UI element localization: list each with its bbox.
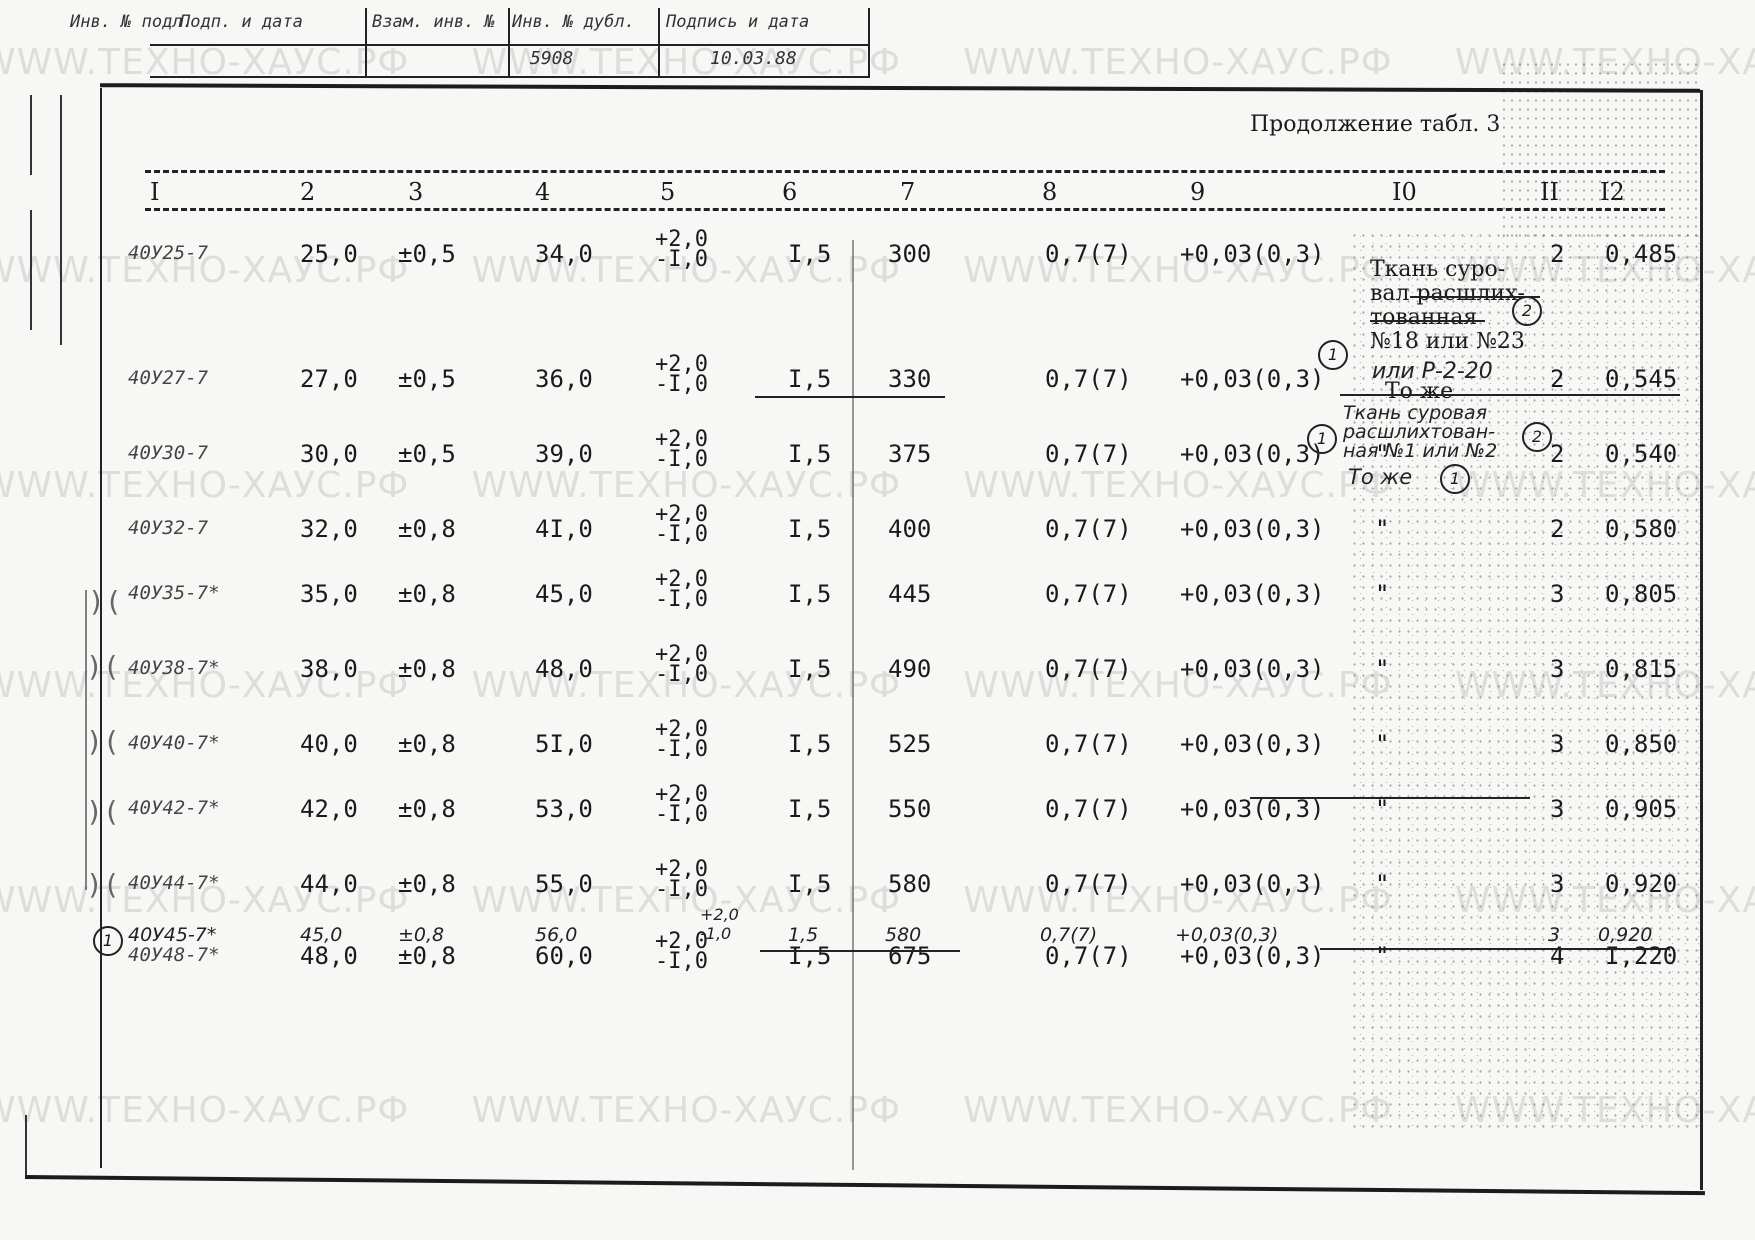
cell-c11: 3 xyxy=(1550,795,1564,823)
margin-bracket: )( xyxy=(86,795,120,828)
insert-cell-c9: +0,03(0,3) xyxy=(1175,926,1278,945)
cell-c4: 48,0 xyxy=(535,655,593,683)
cell-c7: 675 xyxy=(888,942,931,970)
cell-c12: 0,540 xyxy=(1605,440,1677,468)
strikethrough xyxy=(1340,394,1680,396)
cell-c2: 30,0 xyxy=(300,440,358,468)
stamp-divider xyxy=(150,44,870,46)
cell-c11: 4 xyxy=(1550,942,1564,970)
cell-c2: 42,0 xyxy=(300,795,358,823)
column-number: 6 xyxy=(782,178,797,206)
strikethrough xyxy=(1320,948,1670,950)
cell-c10: " xyxy=(1375,730,1389,758)
cell-c2: 44,0 xyxy=(300,870,358,898)
scan-noise xyxy=(1500,60,1700,240)
cell-c6: I,5 xyxy=(788,365,831,393)
cell-c7: 445 xyxy=(888,580,931,608)
cell-c3: ±0,5 xyxy=(398,365,456,393)
margin-bracket: )( xyxy=(86,725,120,758)
column-number: 7 xyxy=(900,178,915,206)
revision-circle-icon: 1 xyxy=(1440,464,1470,494)
cell-c7: 375 xyxy=(888,440,931,468)
frame-top-border xyxy=(100,83,1700,93)
margin-line xyxy=(60,95,62,345)
insert-cell-c7: 580 xyxy=(885,926,921,945)
handwritten-correction: Ткань суровая расшлихтован- ная №1 или №… xyxy=(1343,404,1497,461)
insert-cell-c4: 56,0 xyxy=(535,926,577,945)
tolerance-minus: -I,0 xyxy=(655,450,708,470)
cell-c8: 0,7(7) xyxy=(1045,795,1132,823)
cell-c12: 0,485 xyxy=(1605,240,1677,268)
cell-c7: 525 xyxy=(888,730,931,758)
cell-c6: I,5 xyxy=(788,870,831,898)
cell-c6: I,5 xyxy=(788,655,831,683)
revision-circle-icon: 1 xyxy=(1318,340,1348,370)
cell-c6: I,5 xyxy=(788,580,831,608)
tolerance-minus: -I,0 xyxy=(655,880,708,900)
margin-line xyxy=(30,95,32,175)
frame-bottom-border xyxy=(25,1175,1705,1195)
cell-c7: 400 xyxy=(888,515,931,543)
stamp-header: Подп. и дата xyxy=(180,12,303,32)
note-line: тованная xyxy=(1370,306,1525,330)
cell-c7: 490 xyxy=(888,655,931,683)
column-number: 5 xyxy=(660,178,675,206)
cell-c12: 0,850 xyxy=(1605,730,1677,758)
strikethrough xyxy=(1370,320,1485,322)
cell-c1: 40У42-7* xyxy=(128,797,220,819)
watermark-text: WWW.ТЕХНО-ХАУС.РФ xyxy=(963,880,1392,921)
revision-circle-icon: 1 xyxy=(1307,424,1337,454)
column-number: I0 xyxy=(1392,178,1417,206)
cell-c6: I,5 xyxy=(788,942,831,970)
insert-cell-c5: +2,0-1,0 xyxy=(700,905,739,943)
insert-cell-c11: 3 xyxy=(1548,926,1560,945)
cell-c2: 48,0 xyxy=(300,942,358,970)
tolerance-minus: -I,0 xyxy=(655,375,708,395)
insert-cell-c2: 45,0 xyxy=(300,926,342,945)
stamp-cell xyxy=(868,8,870,78)
cell-c7: 580 xyxy=(888,870,931,898)
cell-c6: I,5 xyxy=(788,440,831,468)
cell-c6: I,5 xyxy=(788,730,831,758)
cell-c1: 40У48-7* xyxy=(128,944,220,966)
cell-c9: +0,03(0,3) xyxy=(1180,795,1325,823)
margin-bracket: )( xyxy=(86,868,120,901)
cell-tolerance: +2,0-I,0 xyxy=(655,720,708,760)
stamp-cell xyxy=(508,8,510,78)
handwritten-correction: То же xyxy=(1348,468,1412,487)
cell-c2: 25,0 xyxy=(300,240,358,268)
tolerance-minus: -I,0 xyxy=(655,525,708,545)
strikethrough xyxy=(755,396,945,398)
cell-c9: +0,03(0,3) xyxy=(1180,655,1325,683)
cell-c10: " xyxy=(1375,515,1389,543)
cell-c11: 3 xyxy=(1550,870,1564,898)
frame-left-border xyxy=(100,88,102,1168)
cell-c8: 0,7(7) xyxy=(1045,580,1132,608)
cell-c1: 40У40-7* xyxy=(128,732,220,754)
cell-c4: 4I,0 xyxy=(535,515,593,543)
cell-c4: 34,0 xyxy=(535,240,593,268)
cell-c1: 40У38-7* xyxy=(128,657,220,679)
cell-c11: 2 xyxy=(1550,440,1564,468)
frame-right-border xyxy=(1700,90,1703,1190)
tolerance-minus: -I,0 xyxy=(655,952,708,972)
cell-c2: 38,0 xyxy=(300,655,358,683)
tolerance-minus: -I,0 xyxy=(655,590,708,610)
margin-bracket: )( xyxy=(86,650,120,683)
cell-c10: " xyxy=(1375,580,1389,608)
cell-c3: ±0,8 xyxy=(398,655,456,683)
insert-cell-c12: 0,920 xyxy=(1598,926,1652,945)
watermark-text: WWW.ТЕХНО-ХАУС.РФ xyxy=(472,1090,901,1131)
cell-c8: 0,7(7) xyxy=(1045,515,1132,543)
cell-c11: 3 xyxy=(1550,580,1564,608)
cell-c9: +0,03(0,3) xyxy=(1180,240,1325,268)
insert-cell-c1: 40У45-7* xyxy=(128,926,216,945)
margin-line xyxy=(25,1115,27,1175)
cell-tolerance: +2,0-I,0 xyxy=(655,230,708,270)
cell-c8: 0,7(7) xyxy=(1045,365,1132,393)
column-number: 3 xyxy=(408,178,423,206)
cell-c8: 0,7(7) xyxy=(1045,870,1132,898)
cell-c8: 0,7(7) xyxy=(1045,730,1132,758)
cell-c8: 0,7(7) xyxy=(1045,440,1132,468)
cell-c12: 0,905 xyxy=(1605,795,1677,823)
insert-cell-c3: ±0,8 xyxy=(398,926,444,945)
cell-c1: 40У44-7* xyxy=(128,872,220,894)
stamp-cell xyxy=(365,8,367,78)
cell-c4: 36,0 xyxy=(535,365,593,393)
cell-c11: 2 xyxy=(1550,365,1564,393)
table-caption: Продолжение табл. 3 xyxy=(1250,112,1500,137)
cell-c8: 0,7(7) xyxy=(1045,240,1132,268)
cell-tolerance: +2,0-I,0 xyxy=(655,860,708,900)
cell-c8: 0,7(7) xyxy=(1045,655,1132,683)
strikethrough xyxy=(760,950,960,952)
column-number: 4 xyxy=(535,178,550,206)
revision-circle-icon: 2 xyxy=(1522,422,1552,452)
cell-c10: " xyxy=(1375,655,1389,683)
tolerance-minus: -I,0 xyxy=(655,665,708,685)
tolerance-minus: -I,0 xyxy=(655,805,708,825)
stamp-cell xyxy=(658,8,660,78)
cell-c11: 3 xyxy=(1550,655,1564,683)
cell-c6: I,5 xyxy=(788,515,831,543)
header-dashed-line xyxy=(145,170,1665,173)
cell-c3: ±0,8 xyxy=(398,870,456,898)
stamp-header: Инв. № подл. xyxy=(70,12,193,32)
cell-c11: 3 xyxy=(1550,730,1564,758)
note-line: №18 или №23 xyxy=(1370,330,1525,354)
cell-c9: +0,03(0,3) xyxy=(1180,365,1325,393)
cell-c9: +0,03(0,3) xyxy=(1180,730,1325,758)
cell-tolerance: +2,0-I,0 xyxy=(655,645,708,685)
column-number: II xyxy=(1540,178,1559,206)
cell-c2: 32,0 xyxy=(300,515,358,543)
cell-c12: 0,815 xyxy=(1605,655,1677,683)
cell-c3: ±0,8 xyxy=(398,515,456,543)
cell-c3: ±0,5 xyxy=(398,240,456,268)
cell-c6: I,5 xyxy=(788,240,831,268)
watermark-text: WWW.ТЕХНО-ХАУС.РФ xyxy=(963,465,1392,506)
note-line: вал расшлих- xyxy=(1370,282,1525,306)
stamp-header: Инв. № дубл. xyxy=(512,12,635,32)
watermark-text: WWW.ТЕХНО-ХАУС.РФ xyxy=(0,1090,409,1131)
cell-c1: 40У27-7 xyxy=(128,367,208,389)
cell-c1: 40У32-7 xyxy=(128,517,208,539)
cell-c10: " xyxy=(1375,942,1389,970)
cell-c12: 0,805 xyxy=(1605,580,1677,608)
watermark-text: WWW.ТЕХНО-ХАУС.РФ xyxy=(963,665,1392,706)
cell-c10: " xyxy=(1375,870,1389,898)
cell-c1: 40У35-7* xyxy=(128,582,220,604)
column-number: 9 xyxy=(1190,178,1205,206)
note-line: Ткань суро- xyxy=(1370,258,1525,282)
cell-c3: ±0,8 xyxy=(398,795,456,823)
cell-c7: 300 xyxy=(888,240,931,268)
cell-c7: 550 xyxy=(888,795,931,823)
cell-c3: ±0,5 xyxy=(398,440,456,468)
cell-tolerance: +2,0-I,0 xyxy=(655,570,708,610)
cell-c3: ±0,8 xyxy=(398,942,456,970)
cell-c3: ±0,8 xyxy=(398,580,456,608)
cell-c12: 0,545 xyxy=(1605,365,1677,393)
row2-note: То же xyxy=(1385,380,1453,404)
cell-c12: 0,580 xyxy=(1605,515,1677,543)
stamp-header: Подпись и дата xyxy=(666,12,809,32)
cell-c2: 40,0 xyxy=(300,730,358,758)
watermark-text: WWW.ТЕХНО-ХАУС.РФ xyxy=(963,42,1392,83)
watermark-text: WWW.ТЕХНО-ХАУС.РФ xyxy=(963,1090,1392,1131)
row1-material-note: Ткань суро- вал расшлих- тованная №18 ил… xyxy=(1370,258,1525,354)
revision-circle-icon: 1 xyxy=(93,926,123,956)
insert-cell-c8: 0,7(7) xyxy=(1040,926,1097,945)
cell-c8: 0,7(7) xyxy=(1045,942,1132,970)
cell-c1: 40У25-7 xyxy=(128,242,208,264)
watermark-text: WWW.ТЕХНО-ХАУС.РФ xyxy=(963,250,1392,291)
cell-tolerance: +2,0-I,0 xyxy=(655,785,708,825)
cell-c2: 35,0 xyxy=(300,580,358,608)
cell-c4: 55,0 xyxy=(535,870,593,898)
column-divider xyxy=(852,240,854,1170)
insert-cell-c6: 1,5 xyxy=(788,926,818,945)
cell-c9: +0,03(0,3) xyxy=(1180,870,1325,898)
cell-c1: 40У30-7 xyxy=(128,442,208,464)
cell-c11: 2 xyxy=(1550,515,1564,543)
cell-c4: 45,0 xyxy=(535,580,593,608)
column-number: 8 xyxy=(1042,178,1057,206)
column-number: 2 xyxy=(300,178,315,206)
hand-line: ная №1 или №2 xyxy=(1343,442,1497,461)
cell-c7: 330 xyxy=(888,365,931,393)
cell-c4: 5I,0 xyxy=(535,730,593,758)
margin-bracket: )( xyxy=(88,585,122,618)
margin-line xyxy=(30,210,32,330)
cell-c9: +0,03(0,3) xyxy=(1180,515,1325,543)
stamp-value: 5908 xyxy=(530,48,573,69)
cell-c6: I,5 xyxy=(788,795,831,823)
cell-c9: +0,03(0,3) xyxy=(1180,440,1325,468)
cell-c11: 2 xyxy=(1550,240,1564,268)
tolerance-minus: -1,0 xyxy=(700,924,739,943)
revision-circle-icon: 2 xyxy=(1512,296,1542,326)
cell-c9: +0,03(0,3) xyxy=(1180,580,1325,608)
stamp-value: 10.03.88 xyxy=(710,48,797,69)
cell-c12: I,220 xyxy=(1605,942,1677,970)
column-number: I2 xyxy=(1600,178,1625,206)
header-dashed-line xyxy=(145,208,1665,211)
cell-c9: +0,03(0,3) xyxy=(1180,942,1325,970)
underline-mark xyxy=(1250,797,1530,799)
stamp-divider xyxy=(150,76,870,78)
column-number: I xyxy=(150,178,159,206)
cell-tolerance: +2,0-I,0 xyxy=(655,430,708,470)
cell-c10: " xyxy=(1375,795,1389,823)
cell-tolerance: +2,0-I,0 xyxy=(655,505,708,545)
watermark-text: WWW.ТЕХНО-ХАУС.РФ xyxy=(0,465,409,506)
cell-tolerance: +2,0-I,0 xyxy=(655,355,708,395)
cell-c2: 27,0 xyxy=(300,365,358,393)
tolerance-plus: +2,0 xyxy=(700,905,739,924)
stamp-header: Взам. инв. № xyxy=(372,12,495,32)
cell-c4: 39,0 xyxy=(535,440,593,468)
cell-c4: 53,0 xyxy=(535,795,593,823)
tolerance-minus: -I,0 xyxy=(655,740,708,760)
tolerance-minus: -I,0 xyxy=(655,250,708,270)
cell-c4: 60,0 xyxy=(535,942,593,970)
cell-c3: ±0,8 xyxy=(398,730,456,758)
cell-c12: 0,920 xyxy=(1605,870,1677,898)
